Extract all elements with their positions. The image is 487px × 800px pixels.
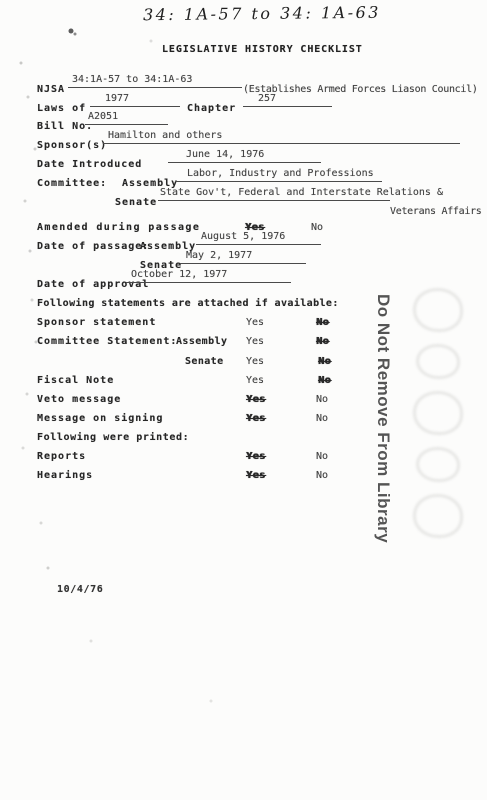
faint-stamp-blob	[413, 391, 463, 435]
njsa-value: 34:1A-57 to 34:1A-63	[68, 74, 242, 88]
committee-senate-value: State Gov't, Federal and Interstate Rela…	[158, 187, 390, 201]
row-committee-statement-label: Committee Statement:	[37, 336, 177, 348]
row-message-signing-label: Message on signing	[37, 413, 163, 425]
row-committee-senate-no: No	[318, 356, 331, 368]
date-of-passage-label: Date of passage:	[37, 241, 149, 253]
row-reports-label: Reports	[37, 451, 86, 463]
faint-stamp-blob	[416, 447, 460, 483]
chapter-value: 257	[243, 93, 332, 107]
committee-assembly-value: Labor, Industry and Professions	[175, 168, 382, 182]
row-fiscal-note-no: No	[318, 375, 331, 387]
row-message-signing-no: No	[316, 413, 328, 425]
row-committee-assembly-no: No	[316, 336, 329, 348]
row-fiscal-note-yes: Yes	[246, 375, 264, 387]
date-introduced-value: June 14, 1976	[168, 149, 321, 163]
row-reports-yes: Yes	[246, 451, 266, 463]
row-committee-assembly-sub: Assembly	[176, 336, 227, 348]
footer-date: 10/4/76	[57, 584, 103, 595]
checklist-header: Following statements are attached if ava…	[37, 298, 339, 310]
scanned-document-page: 34: 1A-57 to 34: 1A-63 LEGISLATIVE HISTO…	[0, 0, 487, 800]
amended-label: Amended during passage	[37, 222, 200, 234]
row-veto-message-no: No	[316, 394, 328, 406]
row-committee-senate-sub: Senate	[185, 356, 224, 368]
row-sponsor-statement-yes: Yes	[246, 317, 264, 329]
laws-of-value: 1977	[90, 93, 180, 107]
row-veto-message-label: Veto message	[37, 394, 121, 406]
row-fiscal-note-label: Fiscal Note	[37, 375, 114, 387]
handwritten-citation: 34: 1A-57 to 34: 1A-63	[143, 3, 381, 24]
row-committee-assembly-yes: Yes	[246, 336, 264, 348]
passage-assembly-value: August 5, 1976	[196, 231, 321, 245]
row-sponsor-statement-label: Sponsor statement	[37, 317, 156, 329]
page-title: LEGISLATIVE HISTORY CHECKLIST	[162, 44, 363, 55]
committee-senate-value-line2: Veterans Affairs	[390, 206, 482, 218]
illegible-faint-stamp	[406, 288, 470, 538]
sponsors-value: Hamilton and others	[103, 130, 460, 144]
scan-speckles	[0, 0, 2, 2]
row-reports-no: No	[316, 451, 328, 463]
printed-header: Following were printed:	[37, 432, 189, 444]
laws-of-label: Laws of	[37, 103, 86, 115]
faint-stamp-blob	[413, 494, 463, 538]
row-message-signing-yes: Yes	[246, 413, 266, 425]
passage-senate-value: May 2, 1977	[180, 250, 306, 264]
committee-label: Committee:	[37, 178, 107, 190]
date-introduced-label: Date Introduced	[37, 159, 142, 171]
row-sponsor-statement-no: No	[316, 317, 329, 329]
faint-stamp-blob	[413, 288, 463, 332]
row-hearings-no: No	[316, 470, 328, 482]
committee-senate-label: Senate	[115, 197, 157, 209]
sponsors-label: Sponsor(s)	[37, 140, 107, 152]
faint-stamp-blob	[416, 344, 460, 380]
row-veto-message-yes: Yes	[246, 394, 266, 406]
bill-no-value: A2051	[85, 111, 168, 125]
njsa-label: NJSA	[37, 84, 65, 96]
do-not-remove-stamp: Do Not Remove From Library	[371, 294, 393, 534]
row-hearings-label: Hearings	[37, 470, 93, 482]
row-committee-senate-yes: Yes	[246, 356, 264, 368]
date-of-approval-value: October 12, 1977	[126, 269, 291, 283]
chapter-label: Chapter	[187, 103, 236, 115]
row-hearings-yes: Yes	[246, 470, 266, 482]
